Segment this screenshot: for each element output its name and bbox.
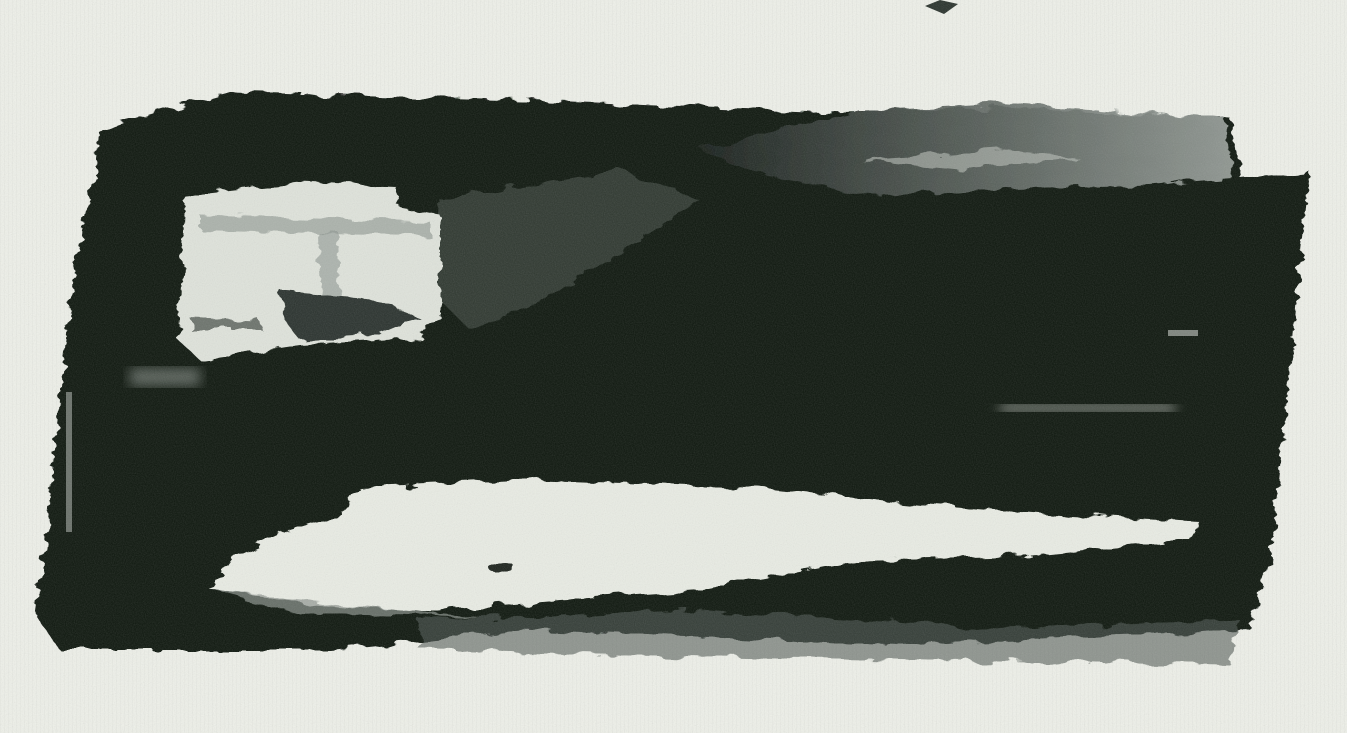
ink-wash-painting bbox=[0, 0, 1347, 733]
scanned-painting bbox=[0, 0, 1347, 733]
print-grain bbox=[0, 0, 1347, 733]
